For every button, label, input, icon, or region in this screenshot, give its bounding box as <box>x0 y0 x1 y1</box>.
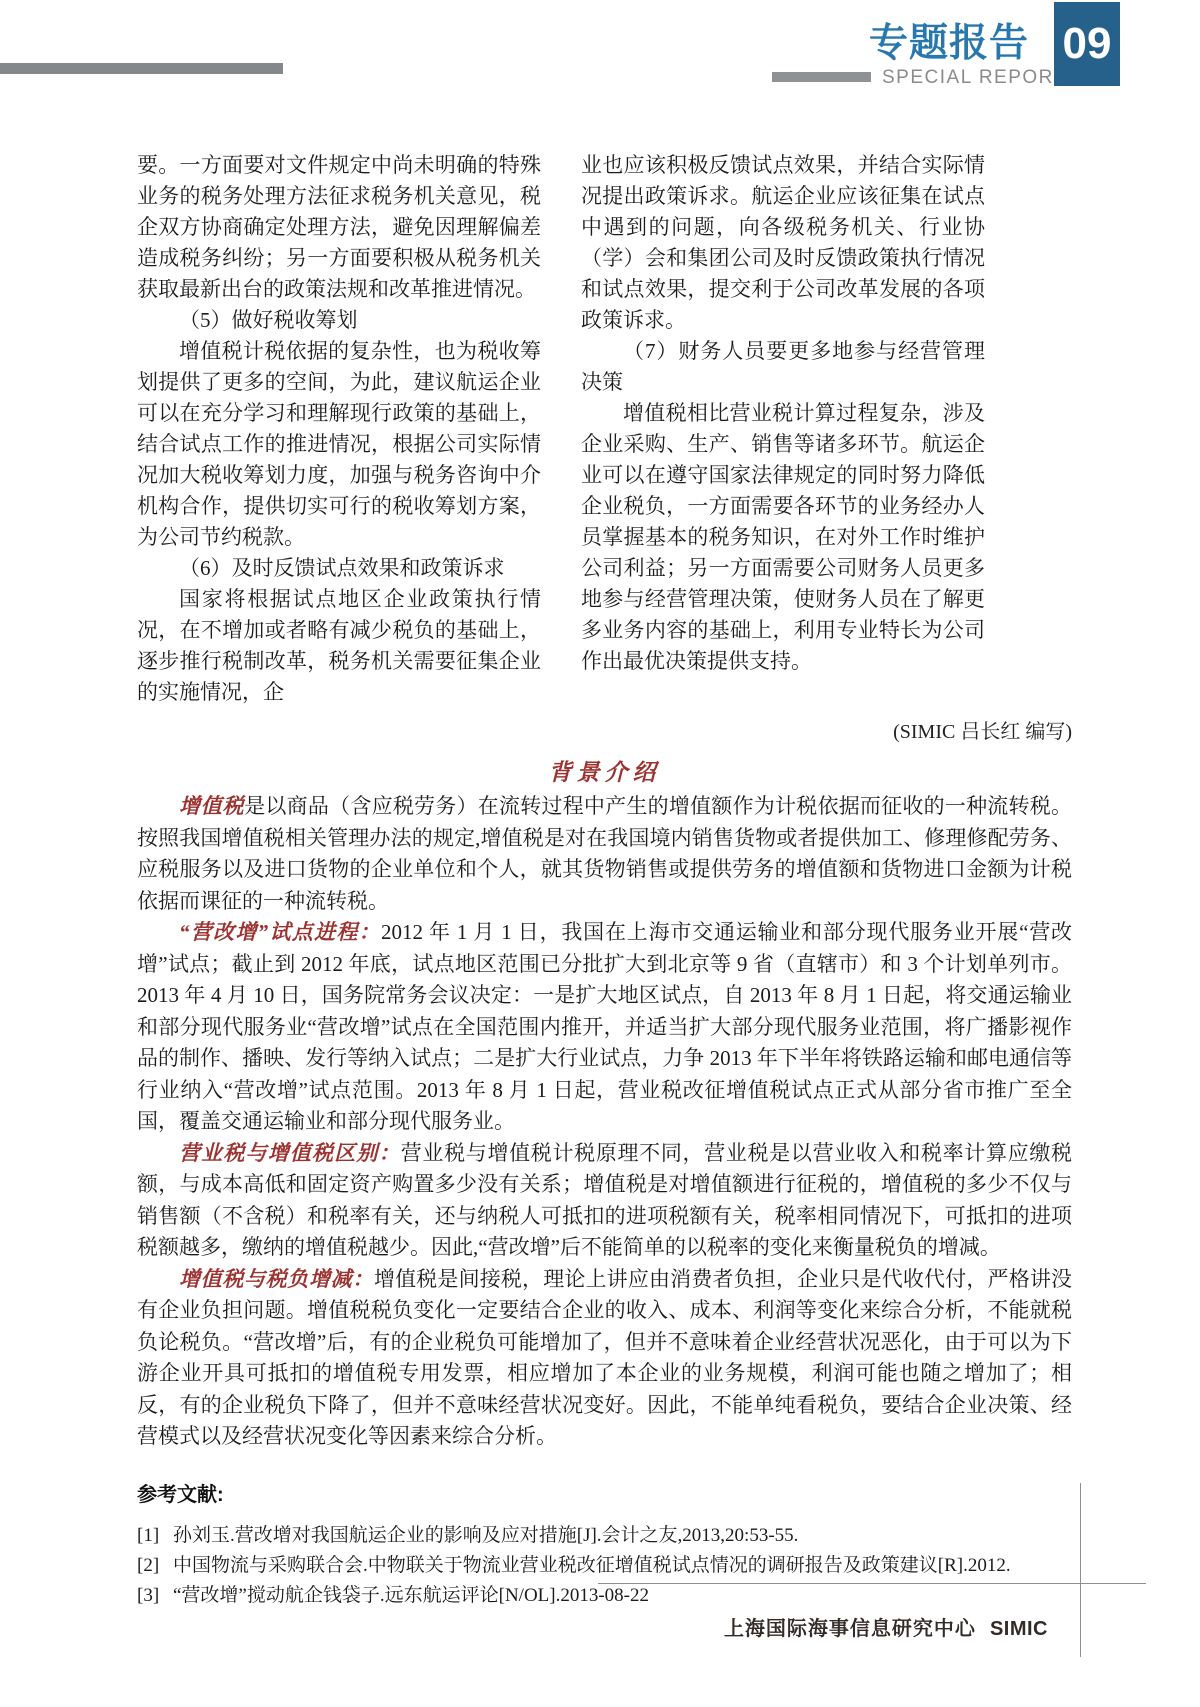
paragraph: 增值税计税依据的复杂性，也为税收筹划提供了更多的空间，为此，建议航运企业可以在充… <box>137 336 541 553</box>
footer: 上海国际海事信息研究中心SIMIC <box>724 1612 1048 1641</box>
reference-index: [3] <box>137 1581 173 1611</box>
reference-text: 孙刘玉.营改增对我国航运企业的影响及应对措施[J].会计之友,2013,20:5… <box>173 1521 1072 1551</box>
footer-org-abbr: SIMIC <box>990 1618 1048 1640</box>
report-page: 专题报告 SPECIAL REPORT 09 要。一方面要对文件规定中尚未明确的… <box>0 0 1200 1707</box>
paragraph: 业也应该积极反馈试点效果，并结合实际情况提出政策诉求。航运企业应该征集在试点中遇… <box>581 150 985 336</box>
sub-heading: （6）及时反馈试点效果和政策诉求 <box>137 553 541 584</box>
paragraph-lead: 增值税与税负增减： <box>179 1267 374 1291</box>
footer-vertical-rule <box>1080 1483 1081 1657</box>
paragraph-lead: 增值税 <box>179 794 244 818</box>
paragraph: 国家将根据试点地区企业政策执行情况，在不增加或者略有减少税负的基础上，逐步推行税… <box>137 584 541 708</box>
page-title: 专题报告 <box>869 24 1029 63</box>
sub-heading: （5）做好税收筹划 <box>137 305 541 336</box>
background-paragraph: 营业税与增值税区别：营业税与增值税计税原理不同，营业税是以营业收入和税率计算应缴… <box>137 1138 1072 1264</box>
paragraph-body: 增值税是间接税，理论上讲应由消费者负担，企业只是代收代付，严格讲没有企业负担问题… <box>137 1267 1072 1449</box>
background-paragraph: 增值税是以商品（含应税劳务）在流转过程中产生的增值额作为计税依据而征收的一种流转… <box>137 791 1072 917</box>
header-left-rule <box>0 63 283 74</box>
reference-item: [1] 孙刘玉.营改增对我国航运企业的影响及应对措施[J].会计之友,2013,… <box>137 1521 1072 1551</box>
article-left-column: 要。一方面要对文件规定中尚未明确的特殊业务的税务处理方法征求税务机关意见，税企双… <box>137 150 541 708</box>
references-section: 参考文献: [1] 孙刘玉.营改增对我国航运企业的影响及应对措施[J].会计之友… <box>137 1483 1072 1611</box>
reference-item: [3] “营改增”搅动航企钱袋子.远东航运评论[N/OL].2013-08-22 <box>137 1581 1072 1611</box>
background-section: 背景介绍 增值税是以商品（含应税劳务）在流转过程中产生的增值额作为计税依据而征收… <box>137 760 1072 1453</box>
paragraph: 增值税相比营业税计算过程复杂，涉及企业采购、生产、销售等诸多环节。航运企业可以在… <box>581 398 985 677</box>
footer-horizontal-rule <box>598 1583 1146 1584</box>
paragraph-lead: 营业税与增值税区别： <box>179 1141 401 1165</box>
background-paragraph: 增值税与税负增减：增值税是间接税，理论上讲应由消费者负担，企业只是代收代付，严格… <box>137 1264 1072 1453</box>
reference-index: [2] <box>137 1551 173 1581</box>
paragraph-lead: “营改增”试点进程： <box>179 920 381 944</box>
page-number-badge: 09 <box>1054 2 1120 86</box>
sub-heading: （7）财务人员要更多地参与经营管理决策 <box>581 336 985 398</box>
background-heading: 背景介绍 <box>137 760 1072 785</box>
paragraph: 要。一方面要对文件规定中尚未明确的特殊业务的税务处理方法征求税务机关意见，税企双… <box>137 150 541 305</box>
reference-text: 中国物流与采购联合会.中物联关于物流业营业税改征增值税试点情况的调研报告及政策建… <box>173 1551 1072 1581</box>
reference-text: “营改增”搅动航企钱袋子.远东航运评论[N/OL].2013-08-22 <box>173 1581 1072 1611</box>
paragraph-body: 是以商品（含应税劳务）在流转过程中产生的增值额作为计税依据而征收的一种流转税。按… <box>137 794 1072 913</box>
reference-item: [2] 中国物流与采购联合会.中物联关于物流业营业税改征增值税试点情况的调研报告… <box>137 1551 1072 1581</box>
reference-index: [1] <box>137 1521 173 1551</box>
references-heading: 参考文献: <box>137 1483 1072 1507</box>
footer-org-name: 上海国际海事信息研究中心 <box>724 1618 976 1640</box>
page-subtitle: SPECIAL REPORT <box>882 68 1067 87</box>
article-two-column: 要。一方面要对文件规定中尚未明确的特殊业务的税务处理方法征求税务机关意见，税企双… <box>137 150 985 708</box>
byline: (SIMIC 吕长红 编写) <box>137 718 1072 746</box>
background-paragraph: “营改增”试点进程：2012 年 1 月 1 日，我国在上海市交通运输业和部分现… <box>137 917 1072 1138</box>
article-right-column: 业也应该积极反馈试点效果，并结合实际情况提出政策诉求。航运企业应该征集在试点中遇… <box>581 150 985 708</box>
page-content: 要。一方面要对文件规定中尚未明确的特殊业务的税务处理方法征求税务机关意见，税企双… <box>0 0 1200 1611</box>
paragraph-body: 2012 年 1 月 1 日，我国在上海市交通运输业和部分现代服务业开展“营改增… <box>137 920 1072 1133</box>
header-short-rule <box>772 72 871 82</box>
